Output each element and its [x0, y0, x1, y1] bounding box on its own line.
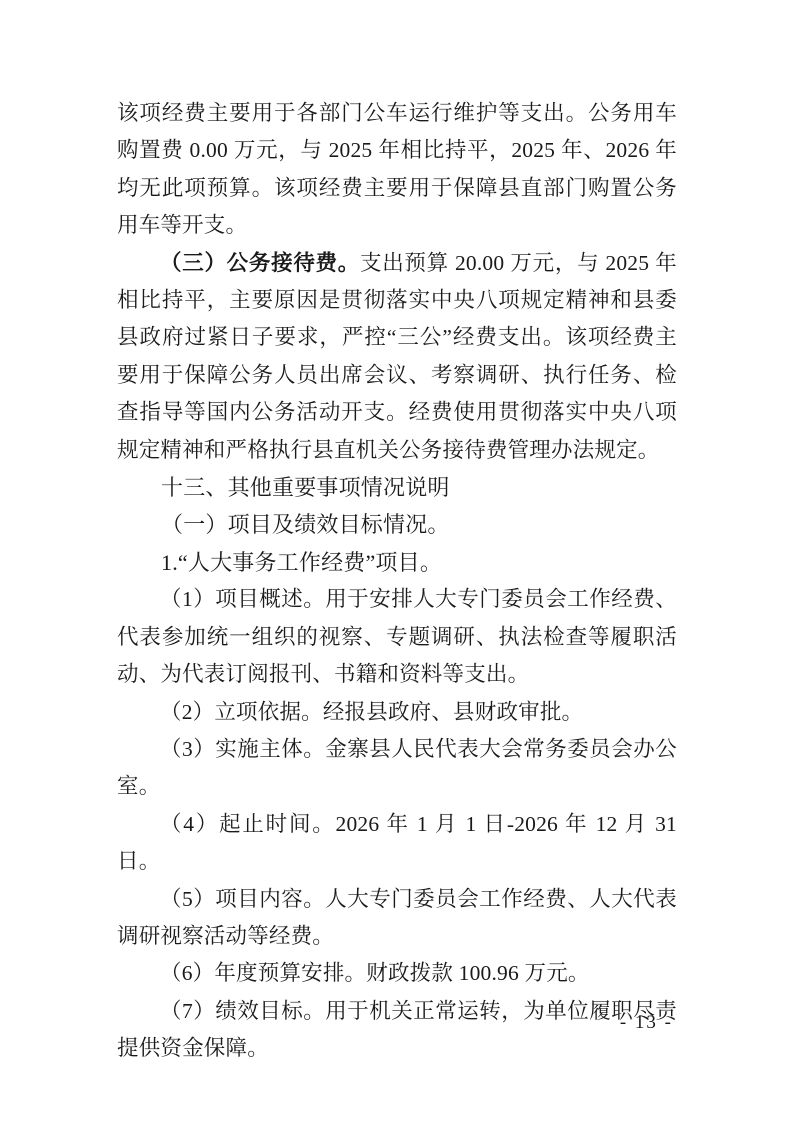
paragraph-reception-lead: （三）公务接待费。	[160, 251, 360, 275]
project-item-overview: （1）项目概述。用于安排人大专门委员会工作经费、代表参加统一组织的视察、专题调研…	[117, 581, 677, 693]
project-item-implementing-body: （3）实施主体。金寨县人民代表大会常务委员会办公室。	[117, 731, 677, 806]
document-body: 该项经费主要用于各部门公车运行维护等支出。公务用车购置费 0.00 万元，与 2…	[117, 95, 677, 1068]
section-heading-13: 十三、其他重要事项情况说明	[117, 469, 677, 506]
paragraph-vehicle-continuation: 该项经费主要用于各部门公车运行维护等支出。公务用车购置费 0.00 万元，与 2…	[117, 95, 677, 245]
sub-heading-project-performance: （一）项目及绩效目标情况。	[117, 506, 677, 543]
project-item-annual-budget: （6）年度预算安排。财政拨款 100.96 万元。	[117, 955, 677, 992]
project-item-content: （5）项目内容。人大专门委员会工作经费、人大代表调研视察活动等经费。	[117, 881, 677, 956]
project-heading-renda-work-funds: 1.“人大事务工作经费”项目。	[117, 544, 677, 581]
project-item-duration: （4）起止时间。2026 年 1 月 1 日-2026 年 12 月 31 日。	[117, 806, 677, 881]
project-item-basis: （2）立项依据。经报县政府、县财政审批。	[117, 694, 677, 731]
document-page: 该项经费主要用于各部门公车运行维护等支出。公务用车购置费 0.00 万元，与 2…	[0, 0, 793, 1122]
project-item-performance-goal: （7）绩效目标。用于机关正常运转，为单位履职尽责提供资金保障。	[117, 993, 677, 1068]
paragraph-official-reception: （三）公务接待费。支出预算 20.00 万元，与 2025 年相比持平，主要原因…	[117, 245, 677, 469]
page-number: - 13 -	[620, 1012, 673, 1034]
paragraph-reception-body: 支出预算 20.00 万元，与 2025 年相比持平，主要原因是贯彻落实中央八项…	[117, 251, 677, 462]
